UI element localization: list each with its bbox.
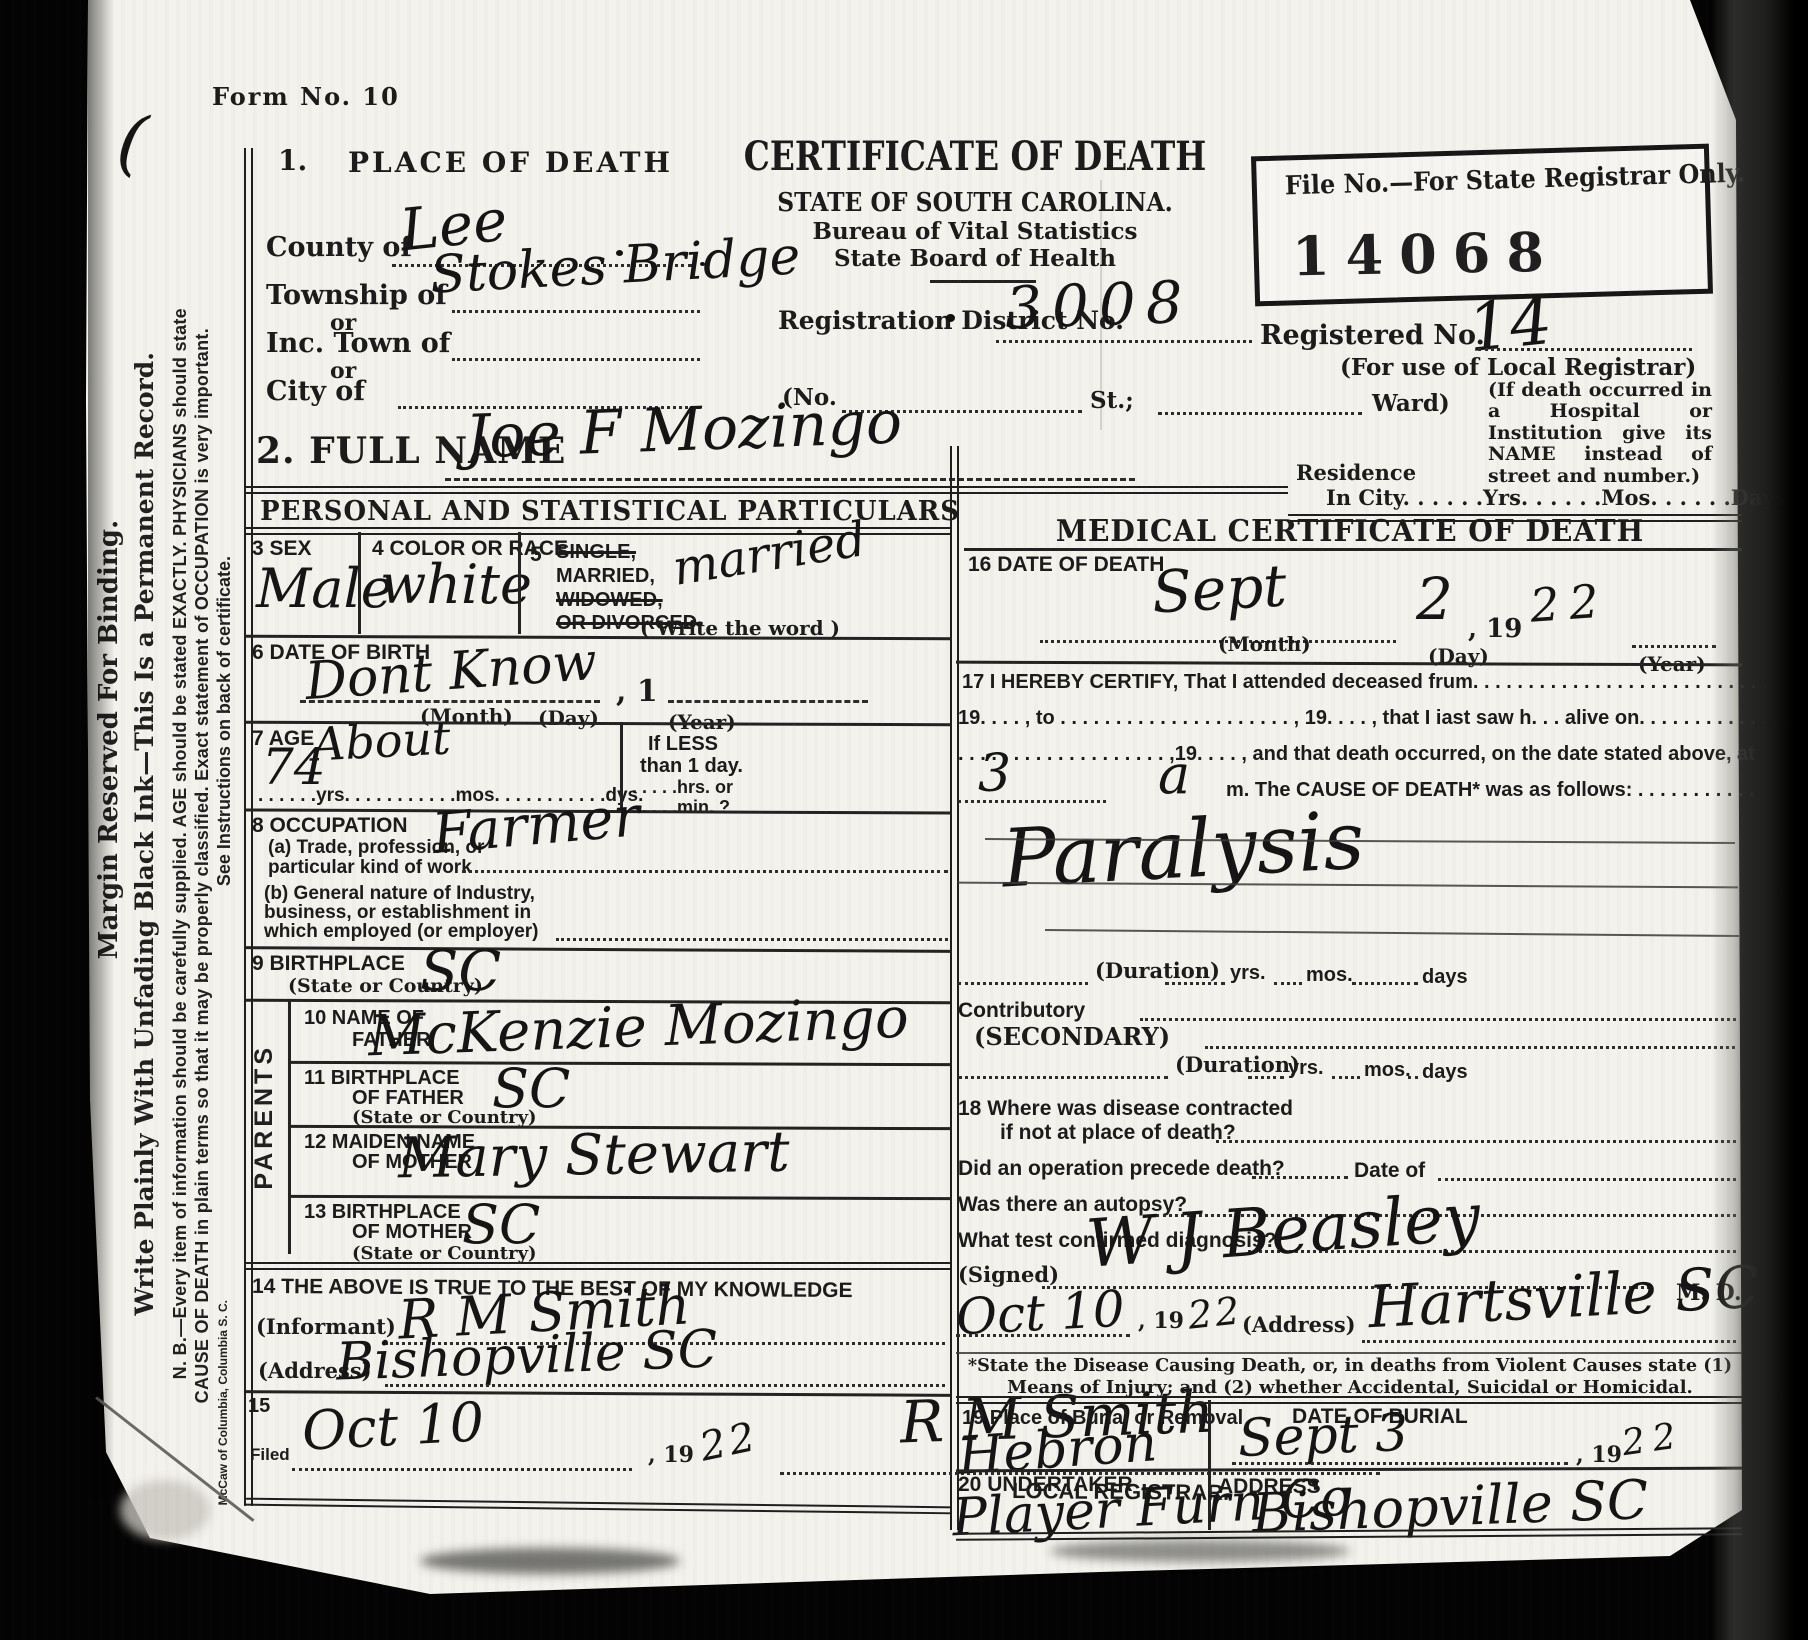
marital-number: 5: [530, 544, 542, 566]
marital-married-option: MARRIED,: [556, 566, 655, 587]
registration-district-value: 3008: [1004, 273, 1194, 338]
if-less-min: . . . . .min. ?: [632, 798, 730, 817]
duration1-leader-d: [1352, 982, 1418, 985]
footnote-line2: Means of Injury; and (2) whether Acciden…: [960, 1378, 1740, 1397]
age-value-word: About: [311, 714, 452, 767]
duration2-leader-b: [1248, 1076, 1284, 1079]
physician-address-leader: [1362, 1340, 1736, 1343]
date-of-death-year-leader: [1632, 645, 1716, 648]
sex-race-divider: [358, 532, 361, 634]
physician-date-leader: [956, 1334, 1130, 1337]
mother-birthplace-label-line2: OF MOTHER: [352, 1222, 472, 1243]
dob-comma-one: , 1: [616, 676, 658, 708]
medical-title-rule: [964, 548, 1742, 551]
scan-speck: [700, 262, 705, 266]
disease-contracted-leader: [1216, 1140, 1736, 1143]
burial-date-leader: [1232, 1462, 1568, 1465]
column-divider: [950, 446, 959, 1530]
city-label: City of: [266, 378, 365, 407]
father-birthplace-value: SC: [492, 1062, 570, 1116]
secondary-label: (SECONDARY): [974, 1024, 1170, 1049]
ward-label: Ward): [1372, 392, 1450, 416]
death-ampm-value: a: [1158, 748, 1190, 802]
registered-no-value: 14: [1465, 288, 1555, 362]
duration2-days-label: days: [1422, 1062, 1468, 1083]
disease-contracted-line1: 18 Where was disease contracted: [958, 1098, 1293, 1120]
form-number: Form No. 10: [212, 84, 400, 109]
filed-year-value: 22: [696, 1416, 762, 1467]
if-less-line1: If LESS: [648, 734, 718, 755]
duration1-label: (Duration): [1095, 960, 1220, 982]
full-name-value: Joe F Mozingo: [464, 392, 903, 467]
duration1-leader-b: [1165, 982, 1225, 985]
township-label: Township of: [266, 282, 447, 311]
informant-address-value: Bishopville SC: [335, 1323, 718, 1388]
item-1-number: 1.: [278, 146, 307, 176]
death-hour-value: 3: [978, 748, 1011, 800]
street-label: St.;: [1090, 389, 1134, 413]
parents-group-label: PARENTS: [250, 1044, 279, 1190]
registered-no-note: (For use of Local Registrar): [1340, 356, 1696, 380]
margin-nb-note-line1: N. B.—Every item of information should b…: [170, 308, 191, 1379]
filed-date-value: Oct 10: [301, 1395, 486, 1458]
registered-no-label: Registered No.: [1260, 322, 1485, 351]
duration2-leader-a: [958, 1076, 1168, 1079]
footnote-bottom-rule: [956, 1396, 1742, 1404]
inc-town-label: Inc. Town of: [266, 330, 450, 359]
dob-month-leader: [300, 700, 600, 703]
operation-leader: [1252, 1176, 1348, 1179]
duration2-mos-label: mos.: [1364, 1060, 1411, 1081]
residence-label: Residence: [1296, 462, 1416, 484]
physician-address-label: (Address): [1242, 1314, 1356, 1336]
father-birthplace-label-line1: 11 BIRTHPLACE: [304, 1068, 460, 1089]
marital-single-option: SINGLE,: [556, 542, 636, 563]
occupation-label: 8 OCCUPATION: [252, 815, 408, 837]
burial-19-printed: , 19: [1576, 1444, 1622, 1467]
full-name-rule: [246, 486, 1288, 494]
registered-no-leader: [1478, 348, 1692, 351]
filed-label: Filed: [250, 1446, 290, 1464]
operation-question: Did an operation precede death?: [958, 1158, 1285, 1180]
dob-year-leader: [668, 700, 868, 703]
mother-birthplace-label-line1: 13 BIRTHPLACE: [304, 1202, 461, 1223]
margin-printer-note: McCaw of Columbia, Columbia S. C.: [216, 1300, 230, 1505]
death-hour-leader: [958, 800, 1106, 803]
duration2-label: (Duration): [1175, 1054, 1300, 1076]
if-less-line2: than 1 day.: [640, 756, 743, 777]
filed-19-printed: , 19: [648, 1444, 694, 1467]
footnote-line1: *State the Disease Causing Death, or, in…: [968, 1356, 1732, 1375]
margin-instructions-note: See Instructions on back of certificate.: [214, 556, 235, 886]
informant-address-leader: [385, 1384, 945, 1387]
date-of-death-day-value: 2: [1416, 570, 1453, 628]
physician-year-value: 22: [1186, 1291, 1244, 1334]
county-label: County of: [266, 234, 412, 263]
race-marital-divider: [518, 532, 521, 634]
scan-speck: [616, 250, 623, 256]
dob-day-caption: (Day): [538, 708, 599, 729]
street-leader: [1158, 412, 1362, 415]
certificate-title: CERTIFICATE OF DEATH: [733, 136, 1217, 178]
marital-widowed-option: WIDOWED,: [556, 590, 663, 611]
mother-name-value: Mary Stewart: [398, 1125, 790, 1188]
scan-smudge: [420, 1548, 680, 1574]
date-of-death-month-value: Sept: [1151, 557, 1288, 622]
residence-line: In City. . . . . .Yrs. . . . . .Mos. . .…: [1326, 487, 1794, 509]
footnote-top-rule: [956, 1352, 1742, 1354]
if-less-hrs: . . . . .hrs. or: [632, 778, 733, 797]
left-edge-shadow: [88, 0, 114, 1500]
burial-date-value: Sept 3: [1237, 1407, 1409, 1465]
filed-leader-1: [292, 1468, 632, 1471]
occupation-b-leader: [556, 938, 948, 941]
paper-fold: [120, 1480, 210, 1540]
place-of-death-heading: PLACE OF DEATH: [348, 148, 673, 178]
race-value: white: [380, 558, 532, 612]
certify-line1: 17 I HEREBY CERTIFY, That I attended dec…: [962, 672, 1767, 693]
contributory-label: Contributory: [958, 1000, 1085, 1022]
occupation-a-leader: [462, 870, 948, 873]
scanned-death-certificate: Margin Reserved For Binding. Write Plain…: [0, 0, 1808, 1640]
duration1-days-label: days: [1422, 967, 1468, 988]
scan-speck: [946, 314, 955, 322]
dod-month-caption: (Month): [1218, 634, 1311, 655]
birthplace-value: SC: [420, 944, 501, 1000]
margin-permanent-record-note: Write Plainly With Unfading Black Ink—Th…: [130, 352, 159, 1316]
hospital-note: (If death occurred in a Hospital or Inst…: [1488, 380, 1712, 487]
date-of-death-year-value: 22: [1528, 577, 1610, 628]
duration2-leader-d: [1408, 1076, 1418, 1079]
margin-nb-note-line2: CAUSE OF DEATH in plain terms so that it…: [192, 328, 213, 1403]
contributory-leader: [1140, 1018, 1736, 1021]
father-birthplace-label-line2: OF FATHER: [352, 1088, 464, 1109]
medical-section-title: MEDICAL CERTIFICATE OF DEATH: [982, 516, 1719, 548]
duration2-leader-c: [1332, 1076, 1360, 1079]
parents-bottom-rule: [246, 1262, 952, 1270]
duration1-mos-label: mos.: [1306, 965, 1353, 986]
state-subtitle: STATE OF SOUTH CAROLINA.: [710, 190, 1241, 218]
mother-birthplace-value: SC: [462, 1198, 540, 1252]
date-of-death-label: 16 DATE OF DEATH: [968, 554, 1164, 576]
duration1-leader-a: [958, 982, 1088, 985]
vertical-crease: [1100, 180, 1102, 430]
scan-speck: [1104, 300, 1109, 305]
township-leader: [452, 310, 700, 313]
physician-19-printed: , 19: [1138, 1310, 1184, 1333]
certify-line2: 19. . . . , to . . . . . . . . . . . . .…: [958, 708, 1789, 729]
birthplace-label: 9 BIRTHPLACE: [252, 953, 405, 975]
operation-date-of-label: Date of: [1354, 1160, 1425, 1182]
inc-town-leader: [452, 358, 700, 361]
full-name-leader: [445, 478, 1135, 481]
file-number-stamp: 14068: [1292, 224, 1561, 286]
secondary-leader: [1205, 1046, 1735, 1049]
burial-year-value: 22: [1620, 1418, 1686, 1462]
scan-smudge: [1050, 1540, 1350, 1562]
disease-contracted-line2: if not at place of death?: [1000, 1122, 1236, 1144]
duration2-yrs-label: yrs.: [1288, 1058, 1324, 1079]
operation-date-leader: [1438, 1178, 1736, 1181]
duration1-yrs-label: yrs.: [1230, 963, 1266, 984]
sex-value: Male: [256, 562, 393, 616]
date-of-death-19-printed: , 19: [1468, 616, 1522, 644]
certify-line3: . . . . . . . . . . . . . . . . . . . ,1…: [958, 744, 1755, 765]
duration1-leader-c: [1274, 982, 1302, 985]
filed-section-number: 15: [248, 1396, 270, 1417]
